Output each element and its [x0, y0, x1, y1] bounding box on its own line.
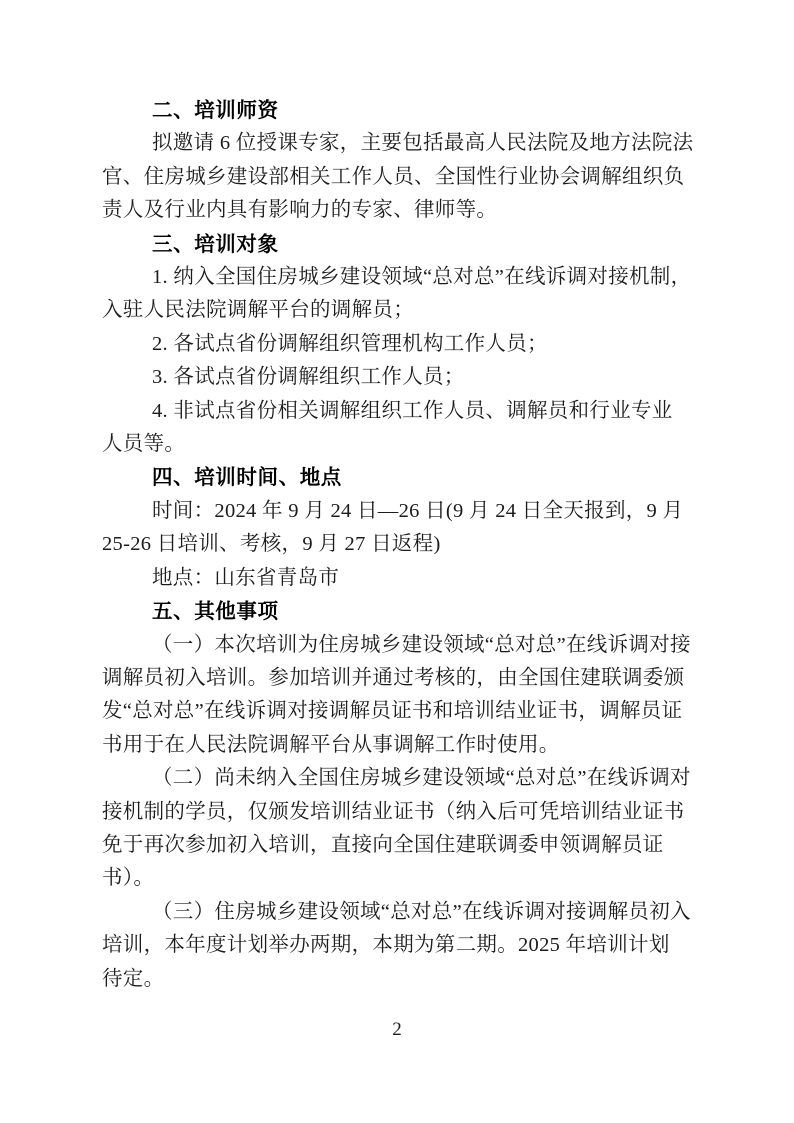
document-line: 发“总对总”在线诉调对接调解员证书和培训结业证书，调解员证 [102, 695, 690, 728]
document-line: 25-26 日培训、考核，9 月 27 日返程) [102, 528, 690, 561]
document-line: 待定。 [102, 963, 690, 996]
document-line: 地点：山东省青岛市 [102, 562, 690, 595]
document-line: 3. 各试点省份调解组织工作人员； [102, 361, 690, 394]
page-number: 2 [0, 1016, 794, 1044]
document-line: 时间：2024 年 9 月 24 日—26 日(9 月 24 日全天报到，9 月 [102, 495, 690, 528]
document-line: （二）尚未纳入全国住房城乡建设领域“总对总”在线诉调对 [102, 762, 690, 795]
section-heading: 五、其他事项 [102, 595, 690, 628]
document-line: 书）。 [102, 862, 690, 895]
document-page: 二、培训师资拟邀请 6 位授课专家，主要包括最高人民法院及地方法院法官、住房城乡… [0, 0, 794, 1123]
document-line: 调解员初入培训。参加培训并通过考核的，由全国住建联调委颁 [102, 662, 690, 695]
document-line: 拟邀请 6 位授课专家，主要包括最高人民法院及地方法院法 [102, 127, 690, 160]
document-line: （一）本次培训为住房城乡建设领域“总对总”在线诉调对接 [102, 629, 690, 662]
document-content: 二、培训师资拟邀请 6 位授课专家，主要包括最高人民法院及地方法院法官、住房城乡… [102, 94, 690, 996]
document-line: 官、住房城乡建设部相关工作人员、全国性行业协会调解组织负 [102, 161, 690, 194]
document-line: 人员等。 [102, 428, 690, 461]
section-heading: 三、培训对象 [102, 228, 690, 261]
document-line: 责人及行业内具有影响力的专家、律师等。 [102, 194, 690, 227]
section-heading: 二、培训师资 [102, 94, 690, 127]
document-line: 接机制的学员，仅颁发培训结业证书（纳入后可凭培训结业证书 [102, 796, 690, 829]
section-heading: 四、培训时间、地点 [102, 461, 690, 494]
document-line: 培训，本年度计划举办两期，本期为第二期。2025 年培训计划 [102, 929, 690, 962]
document-line: 入驻人民法院调解平台的调解员； [102, 294, 690, 327]
document-line: 4. 非试点省份相关调解组织工作人员、调解员和行业专业 [102, 395, 690, 428]
document-line: （三）住房城乡建设领域“总对总”在线诉调对接调解员初入 [102, 896, 690, 929]
document-line: 书用于在人民法院调解平台从事调解工作时使用。 [102, 729, 690, 762]
document-line: 2. 各试点省份调解组织管理机构工作人员； [102, 328, 690, 361]
document-line: 免于再次参加初入培训，直接向全国住建联调委申领调解员证 [102, 829, 690, 862]
document-line: 1. 纳入全国住房城乡建设领域“总对总”在线诉调对接机制， [102, 261, 690, 294]
